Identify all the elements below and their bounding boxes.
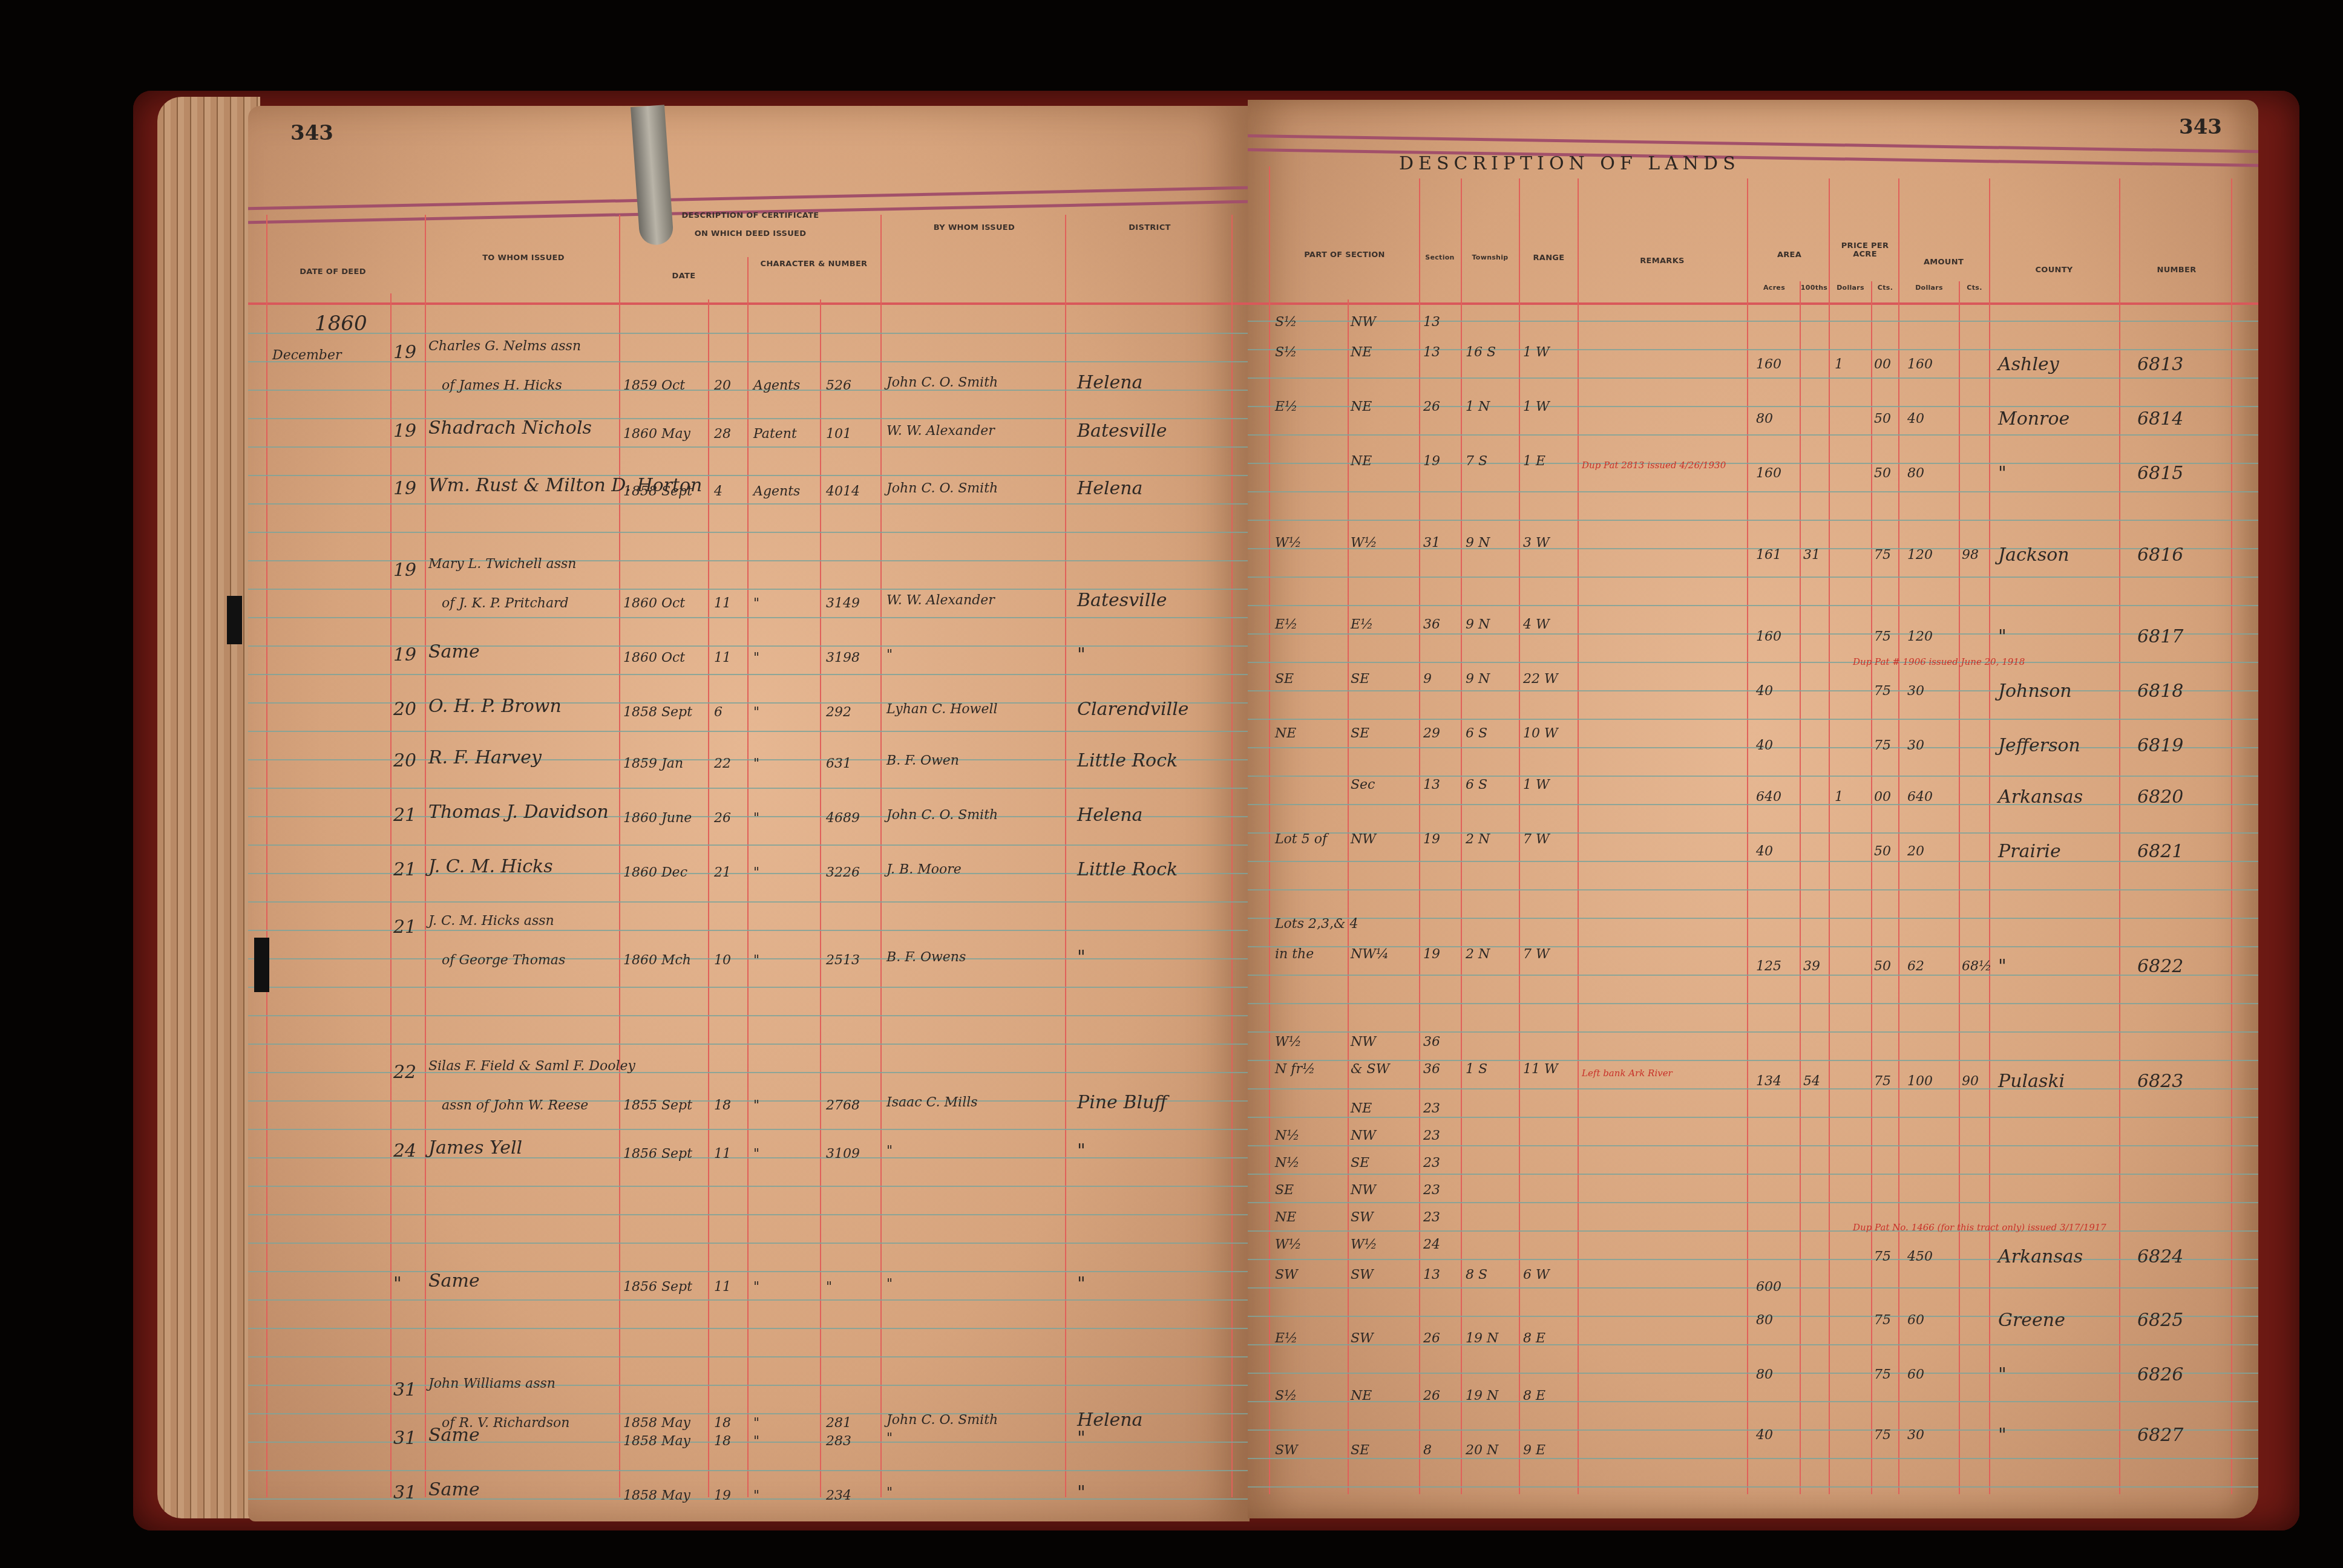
county: " <box>1998 956 2007 977</box>
left-page: 343 DATE OF DEED TO WHOM ISSUED DESCRIPT… <box>248 106 1250 1521</box>
section-number: 26 <box>1423 399 1440 414</box>
deed-day: 31 <box>393 1482 416 1503</box>
entry-number: 6813 <box>2137 354 2183 375</box>
issuing-officer: Isaac C. Mills <box>886 1095 978 1110</box>
part-of-section-a: SE <box>1275 671 1294 687</box>
entry-number: 6817 <box>2137 626 2183 647</box>
page-number-right: 343 <box>2179 115 2222 139</box>
certificate-number: " <box>826 1279 832 1295</box>
ruled-line <box>1248 1259 2258 1260</box>
area-acres: 40 <box>1756 738 1773 753</box>
header-range: RANGE <box>1520 254 1578 263</box>
certificate-number: 234 <box>826 1488 851 1503</box>
section-number: 36 <box>1423 1034 1440 1050</box>
area-acres: 40 <box>1756 844 1773 859</box>
certificate-day: 10 <box>714 953 731 968</box>
ruled-line <box>248 1470 1250 1471</box>
certificate-date: 1858 May <box>623 1416 690 1431</box>
section-number: 26 <box>1423 1388 1440 1403</box>
price-cents: 75 <box>1874 1367 1891 1382</box>
grantee-name: Same <box>428 1479 480 1500</box>
ruled-line <box>1248 1202 2258 1203</box>
certificate-number: 4689 <box>826 811 860 826</box>
part-of-section-b: W½ <box>1351 1237 1377 1252</box>
amount-dollars: 60 <box>1907 1313 1924 1328</box>
range: 8 E <box>1523 1388 1545 1403</box>
ruled-line <box>1248 1287 2258 1289</box>
amount-dollars: 120 <box>1907 547 1933 563</box>
part-of-section-a: E½ <box>1275 617 1297 632</box>
price-dollars: 1 <box>1835 789 1843 805</box>
header-cert-date: DATE <box>623 272 744 281</box>
range: 9 E <box>1523 1443 1545 1458</box>
section-number: 24 <box>1423 1237 1440 1252</box>
grantee-name: J. C. M. Hicks <box>428 856 553 877</box>
price-cents: 75 <box>1874 738 1891 753</box>
ruled-line <box>248 1271 1250 1272</box>
entry-number: 6825 <box>2137 1310 2183 1331</box>
county: Monroe <box>1998 408 2069 430</box>
part-of-section-b: NE <box>1351 454 1372 469</box>
price-cents: 75 <box>1874 1074 1891 1089</box>
header-character-number: CHARACTER & NUMBER <box>750 260 877 269</box>
ruled-line <box>1248 321 2258 322</box>
header-date-of-deed: DATE OF DEED <box>278 268 387 276</box>
county: " <box>1998 1364 2007 1385</box>
part-of-section-b: SW <box>1351 1331 1374 1346</box>
index-tab <box>227 596 242 644</box>
certificate-character: Agents <box>753 378 800 393</box>
county: Jackson <box>1998 544 2069 566</box>
col-rule <box>1578 178 1579 1494</box>
header-amount-dollars: Dollars <box>1899 284 1959 292</box>
col-rule <box>1269 166 1270 1494</box>
ruled-line <box>1248 577 2258 578</box>
range: 1 W <box>1523 399 1550 414</box>
certificate-day: 18 <box>714 1434 731 1449</box>
part-of-section-b: E½ <box>1351 617 1373 632</box>
grantee-name-cont: of James H. Hicks <box>442 378 562 393</box>
township: 20 N <box>1466 1443 1498 1458</box>
township: 2 N <box>1466 947 1490 962</box>
ruled-line <box>1248 662 2258 663</box>
ruled-line <box>1248 463 2258 464</box>
entry-number: 6823 <box>2137 1071 2183 1092</box>
ruled-line <box>1248 1316 2258 1317</box>
land-district: Helena <box>1077 805 1142 826</box>
area-acres: 160 <box>1756 357 1781 372</box>
col-rule <box>708 299 709 1497</box>
amount-dollars: 30 <box>1907 684 1924 699</box>
part-of-section-a: Lots 2,3,& 4 <box>1275 916 1358 932</box>
col-rule <box>2119 178 2120 1494</box>
ruled-line <box>248 958 1250 959</box>
page-clip <box>631 105 674 246</box>
certificate-date: 1860 Dec <box>623 865 687 880</box>
certificate-date: 1858 Sept <box>623 705 692 720</box>
header-hundredths: 100ths <box>1800 284 1829 292</box>
certificate-day: 21 <box>714 865 731 880</box>
header-by-whom-issued: BY WHOM ISSUED <box>886 224 1062 232</box>
ruled-line <box>1248 975 2258 976</box>
price-cents: 50 <box>1874 411 1891 426</box>
land-district: " <box>1077 947 1086 968</box>
certificate-number: 3149 <box>826 596 860 611</box>
entry-number: 6820 <box>2137 786 2183 808</box>
issuing-officer: B. F. Owen <box>886 753 959 768</box>
ruled-line <box>248 503 1250 505</box>
area-acres: 134 <box>1756 1074 1781 1089</box>
section-number: 13 <box>1423 1267 1440 1282</box>
part-of-section-b: SE <box>1351 1443 1369 1458</box>
section-number: 29 <box>1423 726 1440 741</box>
range: 1 E <box>1523 454 1545 469</box>
area-acres: 600 <box>1756 1279 1781 1295</box>
grantee-name: Thomas J. Davidson <box>428 802 609 823</box>
issuing-officer: " <box>886 1431 893 1446</box>
township: 1 S <box>1466 1062 1487 1077</box>
ruled-line <box>248 844 1250 846</box>
col-rule <box>2231 178 2232 1494</box>
section-number: 9 <box>1423 671 1432 687</box>
ruled-line <box>1248 1344 2258 1345</box>
ruled-line <box>1248 804 2258 805</box>
issuing-officer: Lyhan C. Howell <box>886 702 998 717</box>
ruled-line <box>1248 434 2258 436</box>
section-number: 23 <box>1423 1101 1440 1116</box>
township: 1 N <box>1466 399 1490 414</box>
certificate-character: " <box>753 1488 759 1503</box>
certificate-number: 3109 <box>826 1146 860 1161</box>
area-acres: 161 <box>1756 547 1781 563</box>
certificate-character: " <box>753 953 759 968</box>
ruled-line <box>248 1299 1250 1301</box>
certificate-date: 1860 Oct <box>623 650 685 665</box>
grantee-name: James Yell <box>428 1137 522 1158</box>
part-of-section-b: NW <box>1351 1128 1376 1143</box>
price-cents: 00 <box>1874 357 1891 372</box>
section-number: 19 <box>1423 832 1440 847</box>
ruled-line <box>248 617 1250 618</box>
ruled-line <box>1248 918 2258 919</box>
township: 2 N <box>1466 832 1490 847</box>
part-of-section-a: N fr½ <box>1275 1062 1315 1077</box>
entry-number: 6815 <box>2137 463 2183 484</box>
description-of-lands-title: DESCRIPTION OF LANDS <box>1399 153 1740 174</box>
land-district: Little Rock <box>1077 750 1178 771</box>
area-acres: 160 <box>1756 466 1781 481</box>
township: 19 N <box>1466 1388 1498 1403</box>
price-cents: 50 <box>1874 466 1891 481</box>
ruled-line <box>1248 377 2258 379</box>
part-of-section-b: & SW <box>1351 1062 1389 1077</box>
issuing-officer: " <box>886 647 893 662</box>
county: Arkansas <box>1998 1246 2083 1267</box>
col-rule <box>1898 178 1899 1494</box>
header-district: DISTRICT <box>1071 224 1228 232</box>
part-of-section-b: NE <box>1351 345 1372 360</box>
entry-number: 6824 <box>2137 1246 2183 1267</box>
price-cents: 00 <box>1874 789 1891 805</box>
area-acres: 160 <box>1756 629 1781 644</box>
grantee-name-cont: of J. K. P. Pritchard <box>442 596 569 611</box>
range: 11 W <box>1523 1062 1558 1077</box>
ruled-line <box>1248 1060 2258 1061</box>
certificate-date: 1858 May <box>623 1488 690 1503</box>
certificate-day: 11 <box>714 1279 731 1295</box>
ruled-line <box>1248 1458 2258 1459</box>
col-rule <box>1829 178 1830 1494</box>
certificate-day: 6 <box>714 705 723 720</box>
amount-dollars: 160 <box>1907 357 1933 372</box>
deed-day: 19 <box>393 420 416 442</box>
amount-dollars: 40 <box>1907 411 1924 426</box>
area-hundredths: 31 <box>1803 547 1820 563</box>
part-of-section-a: in the <box>1275 947 1314 962</box>
header-township: Township <box>1461 254 1519 261</box>
part-of-section-b: SW <box>1351 1210 1374 1225</box>
section-number: 19 <box>1423 454 1440 469</box>
amount-dollars: 450 <box>1907 1249 1933 1264</box>
amount-dollars: 30 <box>1907 738 1924 753</box>
certificate-character: Agents <box>753 484 800 499</box>
land-district: " <box>1077 1140 1086 1161</box>
issuing-officer: " <box>886 1276 893 1292</box>
county: " <box>1998 1425 2007 1446</box>
ruled-line <box>1248 548 2258 549</box>
township: 9 N <box>1466 535 1490 550</box>
section-number: 23 <box>1423 1128 1440 1143</box>
certificate-day: 28 <box>714 426 731 442</box>
ruled-line <box>248 1214 1250 1215</box>
header-amount-cts: Cts. <box>1960 284 1989 292</box>
certificate-number: 283 <box>826 1434 851 1449</box>
certificate-number: 2768 <box>826 1098 860 1113</box>
entry-number: 6814 <box>2137 408 2183 430</box>
ruled-line <box>248 446 1250 448</box>
part-of-section-a: Lot 5 of <box>1275 832 1327 847</box>
part-of-section-a: S½ <box>1275 1388 1297 1403</box>
header-to-whom-issued: TO WHOM ISSUED <box>430 254 617 263</box>
land-district: Little Rock <box>1077 859 1178 880</box>
certificate-date: 1855 Sept <box>623 1098 692 1113</box>
deed-month: December <box>272 348 341 363</box>
area-hundredths: 54 <box>1803 1074 1820 1089</box>
section-number: 8 <box>1423 1443 1432 1458</box>
grantee-name-cont: assn of John W. Reese <box>442 1098 588 1113</box>
amount-dollars: 100 <box>1907 1074 1933 1089</box>
township: 19 N <box>1466 1331 1498 1346</box>
amount-dollars: 60 <box>1907 1367 1924 1382</box>
part-of-section-a: SE <box>1275 1183 1294 1198</box>
certificate-day: 11 <box>714 596 731 611</box>
section-number: 36 <box>1423 617 1440 632</box>
area-acres: 80 <box>1756 1313 1773 1328</box>
ruled-line <box>1248 1429 2258 1431</box>
certificate-character: " <box>753 1434 759 1449</box>
issuing-officer: " <box>886 1143 893 1158</box>
col-rule <box>1348 299 1349 1494</box>
header-number: NUMBER <box>2122 266 2231 275</box>
ruled-line <box>248 1328 1250 1329</box>
certificate-number: 526 <box>826 378 851 393</box>
certificate-day: 4 <box>714 484 723 499</box>
range: 7 W <box>1523 947 1550 962</box>
county: " <box>1998 463 2007 484</box>
ruled-line <box>1248 520 2258 521</box>
col-rule <box>1519 178 1520 1494</box>
header-price-per-acre: PRICE PER ACRE <box>1832 242 1898 260</box>
issuing-officer: John C. O. Smith <box>886 481 998 496</box>
ruled-line <box>248 1015 1250 1016</box>
ruled-line <box>1248 1401 2258 1402</box>
header-section: Section <box>1420 254 1460 261</box>
section-number: 19 <box>1423 947 1440 962</box>
ruled-line <box>1248 491 2258 492</box>
ruled-line <box>248 1186 1250 1187</box>
col-rule <box>1419 178 1420 1494</box>
part-of-section-b: SW <box>1351 1267 1374 1282</box>
part-of-section-a: W½ <box>1275 1034 1302 1050</box>
ruled-line <box>1248 1230 2258 1232</box>
issuing-officer: John C. O. Smith <box>886 808 998 823</box>
price-cents: 50 <box>1874 959 1891 974</box>
part-of-section-b: NW¼ <box>1351 947 1389 962</box>
part-of-section-a: W½ <box>1275 535 1302 550</box>
entry-number: 6821 <box>2137 841 2183 862</box>
grantee-name: Silas F. Field & Saml F. Dooley <box>428 1059 635 1074</box>
amount-dollars: 20 <box>1907 844 1924 859</box>
grantee-name: John Williams assn <box>428 1376 555 1391</box>
section-number: 13 <box>1423 315 1440 330</box>
part-of-section-b: NW <box>1351 1034 1376 1050</box>
certificate-date: 1860 Oct <box>623 596 685 611</box>
col-rule <box>266 215 267 1497</box>
ruled-line <box>1248 633 2258 635</box>
issuing-officer: John C. O. Smith <box>886 1413 998 1428</box>
certificate-day: 20 <box>714 378 731 393</box>
land-district: Helena <box>1077 478 1142 499</box>
entry-number: 6827 <box>2137 1425 2183 1446</box>
part-of-section-b: SE <box>1351 726 1369 741</box>
part-of-section-b: NE <box>1351 1388 1372 1403</box>
certificate-character: Patent <box>753 426 797 442</box>
price-cents: 75 <box>1874 1313 1891 1328</box>
certificate-date: 1860 Mch <box>623 953 691 968</box>
certificate-character: " <box>753 1279 759 1295</box>
issuing-officer: J. B. Moore <box>886 862 962 877</box>
amount-cents: 68½ <box>1962 959 1991 974</box>
deed-day: 19 <box>393 560 416 581</box>
certificate-character: " <box>753 756 759 771</box>
ruled-line <box>1248 1031 2258 1033</box>
township: 6 S <box>1466 726 1487 741</box>
grantee-name: Same <box>428 1425 480 1446</box>
col-rule <box>1231 215 1233 1497</box>
part-of-section-a: E½ <box>1275 399 1297 414</box>
deed-day: 19 <box>393 342 416 363</box>
amount-dollars: 80 <box>1907 466 1924 481</box>
grantee-name: Same <box>428 641 480 662</box>
header-area: AREA <box>1750 251 1829 260</box>
ruled-line <box>1248 349 2258 350</box>
ruled-line <box>1248 946 2258 947</box>
certificate-number: 4014 <box>826 484 860 499</box>
certificate-day: 22 <box>714 756 731 771</box>
price-dollars: 1 <box>1835 357 1843 372</box>
ruled-line <box>248 901 1250 903</box>
part-of-section-b: W½ <box>1351 535 1377 550</box>
range: 8 E <box>1523 1331 1545 1346</box>
land-district: " <box>1077 1482 1086 1503</box>
township: 9 N <box>1466 617 1490 632</box>
amount-dollars: 120 <box>1907 629 1933 644</box>
year-label: 1860 <box>315 312 367 336</box>
deed-day: 21 <box>393 805 416 826</box>
range: 3 W <box>1523 535 1550 550</box>
grantee-name: Charles G. Nelms assn <box>428 339 581 354</box>
part-of-section-a: S½ <box>1275 345 1297 360</box>
section-number: 26 <box>1423 1331 1440 1346</box>
ruled-line <box>1248 747 2258 748</box>
part-of-section-b: NE <box>1351 1101 1372 1116</box>
certificate-date: 1860 May <box>623 426 690 442</box>
section-number: 23 <box>1423 1210 1440 1225</box>
township: 9 N <box>1466 671 1490 687</box>
header-price-cts: Cts. <box>1872 284 1898 292</box>
land-district: Helena <box>1077 372 1142 393</box>
red-annotation: Dup Pat # 1906 issued June 20, 1918 <box>1853 656 2025 667</box>
price-cents: 75 <box>1874 684 1891 699</box>
certificate-character: " <box>753 650 759 665</box>
header-price-dollars: Dollars <box>1830 284 1871 292</box>
entry-number: 6818 <box>2137 681 2183 702</box>
ruled-line <box>248 532 1250 533</box>
right-page: 343 DESCRIPTION OF LANDS PART OF SECTION… <box>1248 100 2258 1518</box>
certificate-number: 292 <box>826 705 851 720</box>
certificate-character: " <box>753 1146 759 1161</box>
ruled-line <box>1248 406 2258 407</box>
certificate-number: 3226 <box>826 865 860 880</box>
certificate-date: 1859 Jan <box>623 756 683 771</box>
area-acres: 640 <box>1756 789 1781 805</box>
issuing-officer: John C. O. Smith <box>886 375 998 390</box>
county: Prairie <box>1998 841 2061 862</box>
index-tab <box>254 938 269 992</box>
range: 6 W <box>1523 1267 1550 1282</box>
deed-day: " <box>393 1273 402 1295</box>
deed-day: 20 <box>393 699 416 720</box>
certificate-character: " <box>753 596 759 611</box>
price-cents: 50 <box>1874 844 1891 859</box>
section-number: 23 <box>1423 1155 1440 1171</box>
ruled-line <box>1248 1088 2258 1089</box>
county: Ashley <box>1998 354 2059 375</box>
certificate-number: 3198 <box>826 650 860 665</box>
range: 1 W <box>1523 345 1550 360</box>
part-of-section-a: SW <box>1275 1267 1298 1282</box>
certificate-character: " <box>753 705 759 720</box>
ruled-line <box>248 731 1250 732</box>
grantee-name: Shadrach Nichols <box>428 417 592 439</box>
ruled-line <box>1248 832 2258 834</box>
entry-number: 6826 <box>2137 1364 2183 1385</box>
part-of-section-a: S½ <box>1275 315 1297 330</box>
grantee-name: Mary L. Twichell assn <box>428 557 576 572</box>
amount-cents: 90 <box>1962 1074 1979 1089</box>
col-rule <box>619 215 620 1497</box>
county: Pulaski <box>1998 1071 2065 1092</box>
